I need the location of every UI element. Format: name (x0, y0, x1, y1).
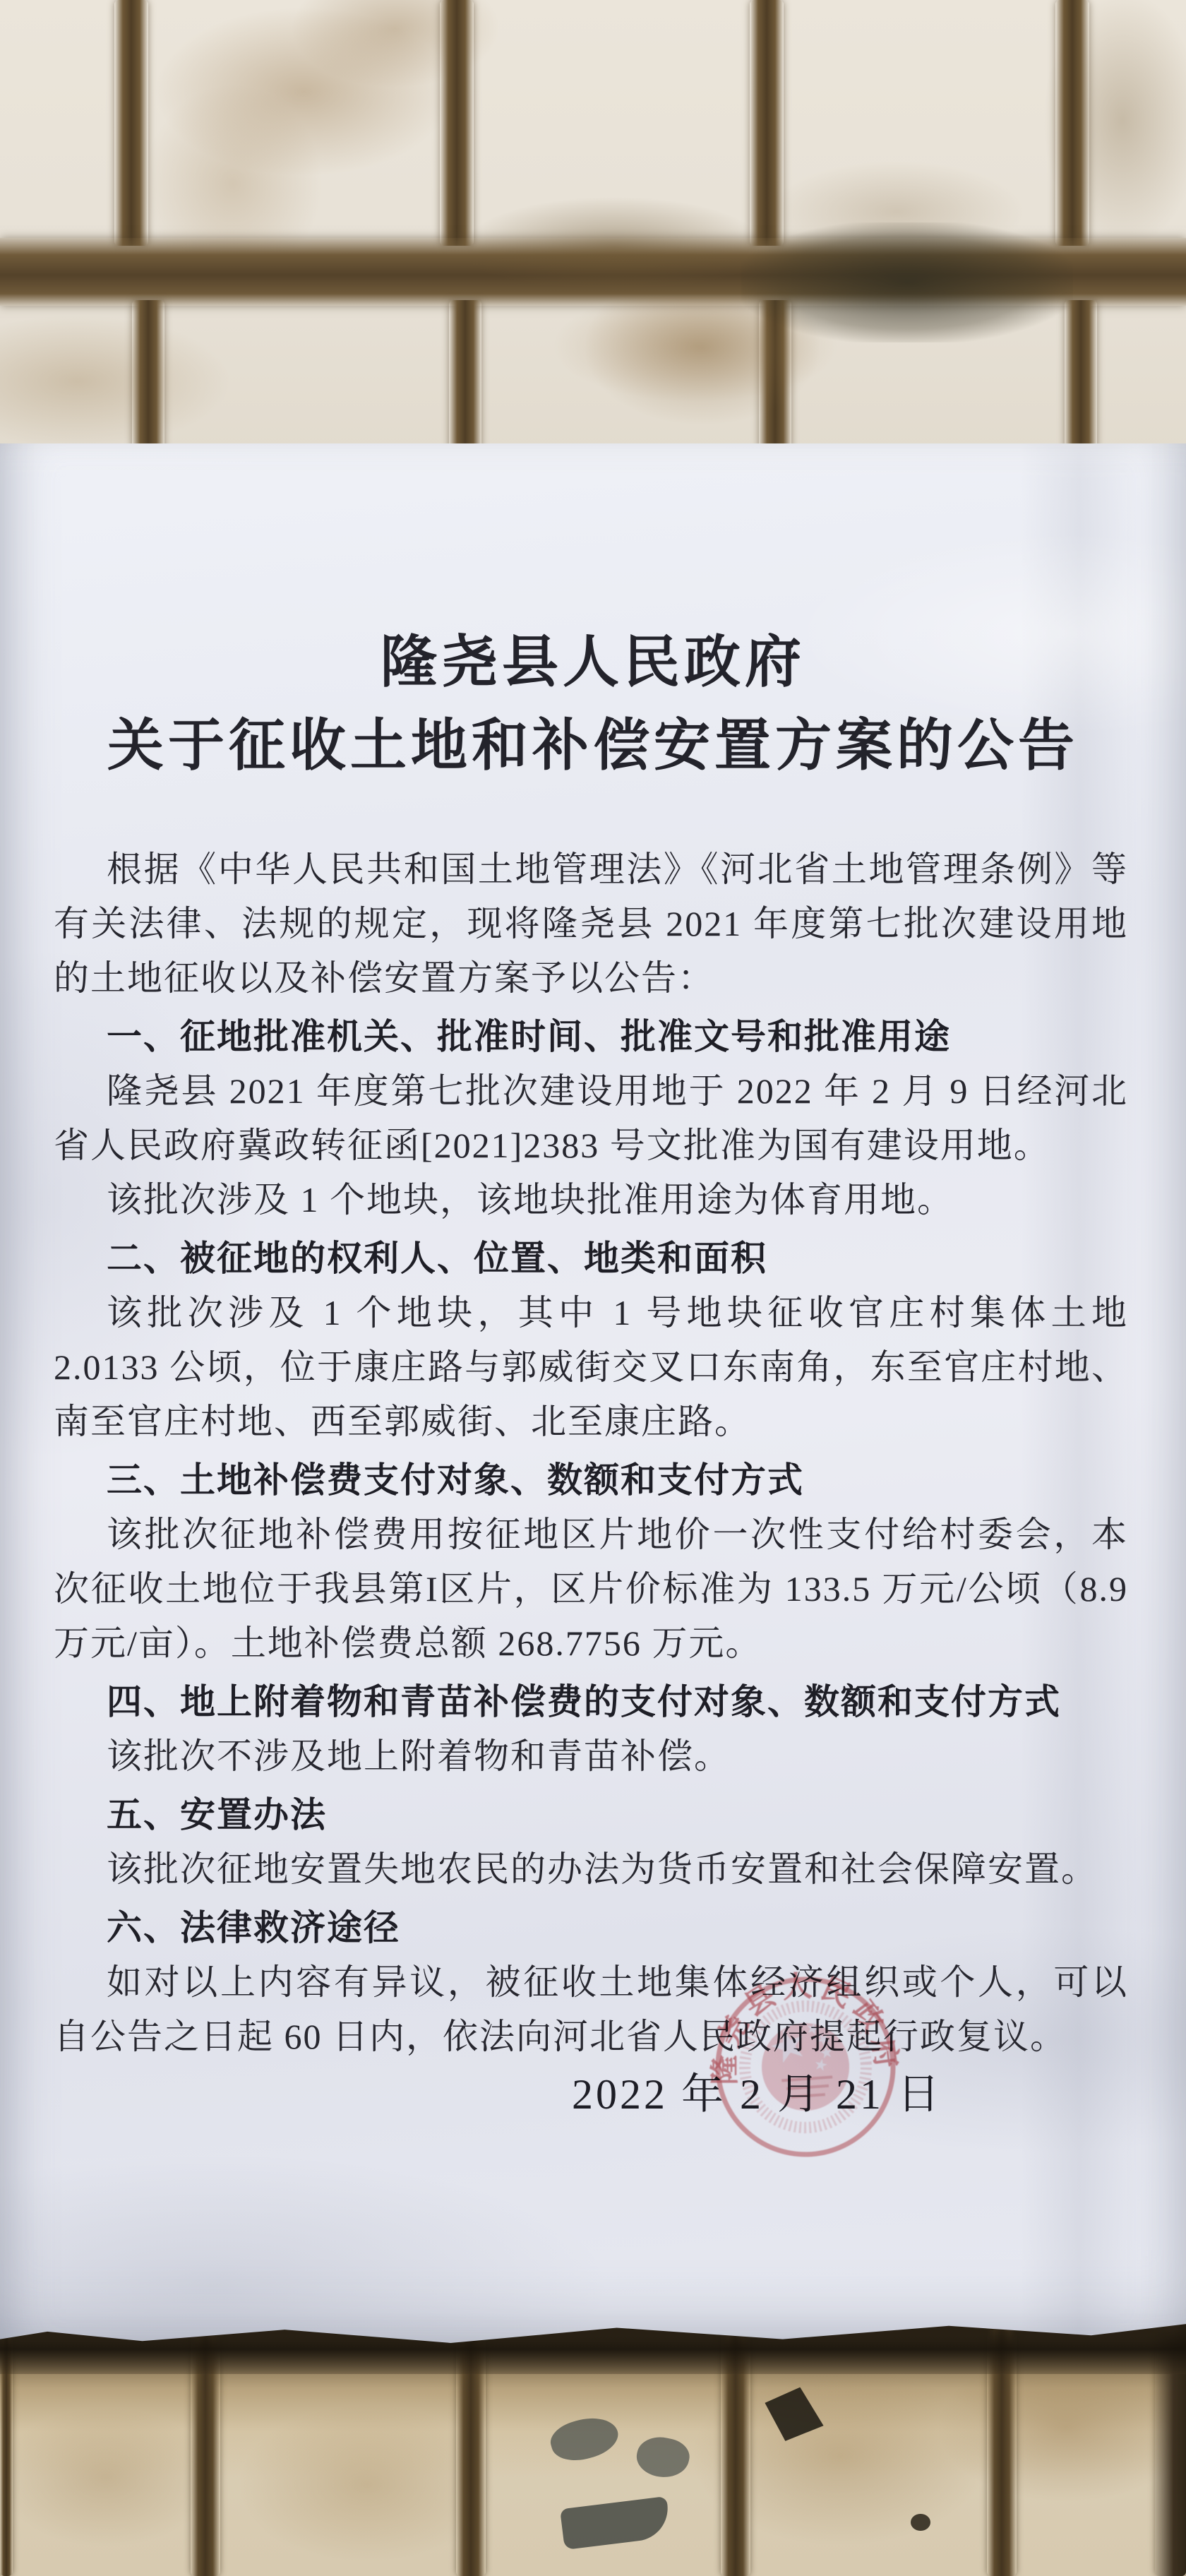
section-3-paragraph: 该批次征地补偿费用按征地区片地价一次性支付给村委会，本次征收土地位于我县第I区片… (54, 1508, 1128, 1671)
tile-grout-vertical (750, 0, 784, 246)
paint-smudge (911, 2514, 930, 2531)
notice-title-line1: 隆尧县人民政府 (0, 631, 1186, 696)
official-seal-stamp: 隆尧县人民政府 (689, 1950, 923, 2184)
paint-smudge (761, 2384, 827, 2445)
section-3-heading: 三、土地补偿费支付对象、数额和支付方式 (54, 1453, 1128, 1508)
tile-grout-vertical (1065, 300, 1097, 452)
section-1-paragraph: 隆尧县 2021 年度第七批次建设用地于 2022 年 2 月 9 日经河北省人… (54, 1064, 1128, 1173)
section-6-heading: 六、法律救济途径 (54, 1901, 1128, 1955)
tile-grout-vertical (449, 300, 481, 452)
tile-grout-vertical (114, 0, 148, 246)
paint-smudge (560, 2496, 671, 2550)
section-1-paragraph: 该批次涉及 1 个地块，该地块批准用途为体育用地。 (54, 1173, 1128, 1227)
notice-title-line2: 关于征收土地和补偿安置方案的公告 (0, 714, 1186, 779)
intro-paragraph: 根据《中华人民共和国土地管理法》《河北省土地管理条例》等有关法律、法规的规定，现… (54, 842, 1128, 1006)
section-1-heading: 一、征地批准机关、批准时间、批准文号和批准用途 (54, 1010, 1128, 1064)
tiled-wall-top (0, 0, 1186, 452)
tile-grout-horizontal (0, 238, 1186, 306)
tile-grout-vertical (759, 300, 791, 452)
section-2-paragraph: 该批次涉及 1 个地块，其中 1 号地块征收官庄村集体土地 2.0133 公顷，… (54, 1286, 1128, 1449)
notice-body: 根据《中华人民共和国土地管理法》《河北省土地管理条例》等有关法律、法规的规定，现… (54, 842, 1128, 2064)
section-5-paragraph: 该批次征地安置失地农民的办法为货币安置和社会保障安置。 (54, 1842, 1128, 1897)
section-6-paragraph: 如对以上内容有异议，被征收土地集体经济组织或个人，可以自公告之日起 60 日内，… (54, 1955, 1128, 2064)
section-2-heading: 二、被征地的权利人、位置、地类和面积 (54, 1232, 1128, 1286)
photo-scene: 隆尧县人民政府 关于征收土地和补偿安置方案的公告 根据《中华人民共和国土地管理法… (0, 0, 1186, 2576)
paint-smudge (633, 2433, 693, 2482)
tile-grout-vertical (132, 300, 164, 452)
tile-grout-vertical (1055, 0, 1089, 246)
section-4-heading: 四、地上附着物和青苗补偿费的支付对象、数额和支付方式 (54, 1675, 1128, 1729)
tile-grout-vertical (440, 0, 474, 246)
seal-emblem-disc (759, 2020, 852, 2113)
notice-paper: 隆尧县人民政府 关于征收土地和补偿安置方案的公告 根据《中华人民共和国土地管理法… (0, 443, 1186, 2343)
paint-smudge (546, 2411, 623, 2467)
section-5-heading: 五、安置办法 (54, 1788, 1128, 1842)
section-4-paragraph: 该批次不涉及地上附着物和青苗补偿。 (54, 1729, 1128, 1784)
